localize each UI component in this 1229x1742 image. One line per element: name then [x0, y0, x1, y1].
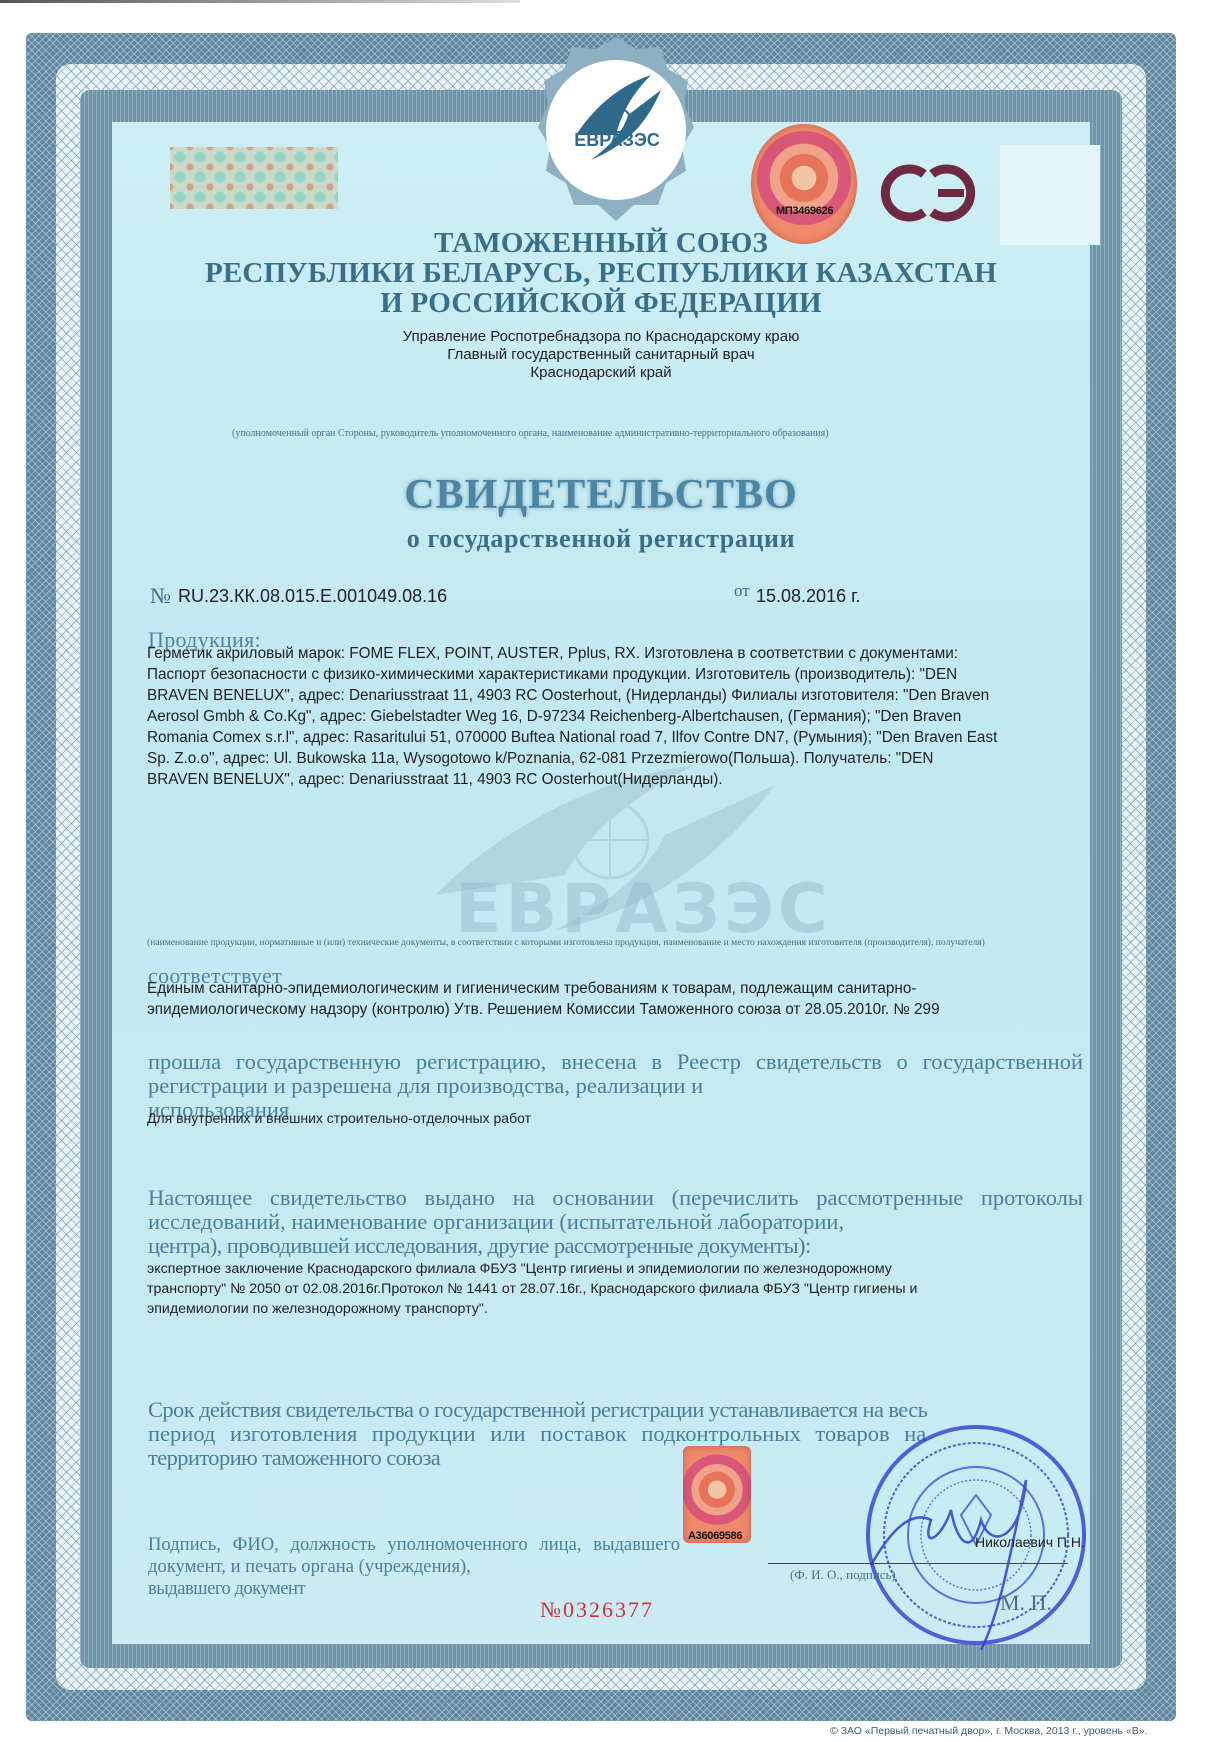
issuing-authority: Управление Роспотребнадзора по Краснодар… [112, 328, 1090, 382]
registration-number: RU.23.КК.08.015.Е.001049.08.16 [178, 586, 447, 607]
basis-statement-end: центра), проводившей исследования, други… [148, 1234, 1083, 1258]
hologram-code-top: МП3469626 [776, 205, 833, 217]
conformity-mark-icon [878, 160, 978, 226]
validity-line-1: Срок действия свидетельства о государств… [148, 1398, 1083, 1422]
signer-caption: (Ф. И. О., подпись) [790, 1567, 896, 1583]
emblem-label: ЕВРАЗЭС [552, 130, 682, 151]
number-sign: № [150, 583, 171, 609]
document-subtitle: о государственной регистрации [112, 524, 1090, 554]
stamp-place-label: М. П. [1000, 1590, 1052, 1616]
union-title: ТАМОЖЕННЫЙ СОЮЗ РЕСПУБЛИКИ БЕЛАРУСЬ, РЕС… [112, 228, 1090, 318]
date-label: от [734, 581, 750, 601]
product-caption: (наименование продукции, нормативные и (… [147, 937, 1082, 948]
hologram-strip [170, 147, 338, 209]
printer-note: © ЗАО «Первый печатный двор», г. Москва,… [830, 1725, 1148, 1737]
hologram-seal-bottom [683, 1446, 751, 1543]
hologram-seal-top [751, 124, 857, 244]
signer-name: Николаевич П.Н. [975, 1534, 1085, 1550]
compliance-text: Единым санитарно-эпидемиологическим и ги… [147, 978, 1082, 1020]
document-title: СВИДЕТЕЛЬСТВО [112, 471, 1090, 519]
usage-scope: Для внутренних и внешних строительно-отд… [147, 1108, 1082, 1129]
hologram-code-bottom: А36069586 [688, 1530, 742, 1542]
registration-date: 15.08.2016 г. [756, 586, 860, 607]
authority-caption: (уполномоченный орган Стороны, руководит… [232, 428, 829, 439]
form-serial-number: №0326377 [540, 1597, 654, 1623]
signature-statement: Подпись, ФИО, должность уполномоченного … [148, 1534, 680, 1578]
signature-line [768, 1563, 1068, 1564]
basis-documents: экспертное заключение Краснодарского фил… [147, 1259, 1082, 1319]
basis-statement: Настоящее свидетельство выдано на основа… [148, 1186, 1083, 1234]
registration-statement: прошла государственную регистрацию, внес… [148, 1050, 1083, 1098]
scan-edge [0, 0, 520, 3]
product-description: Герметик акриловый марок: FOME FLEX, POI… [147, 643, 1082, 790]
